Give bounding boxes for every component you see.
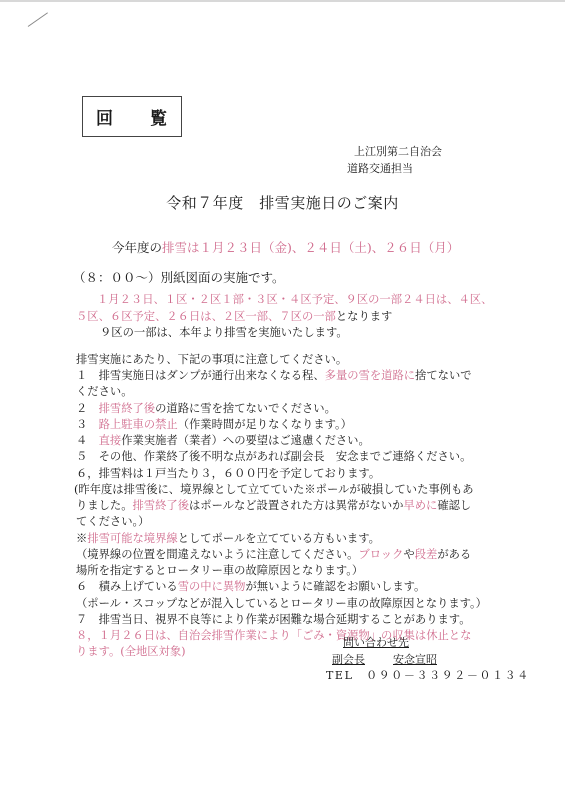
note-item-5: ５ その他、作業終了後不明な点があれば副会長 安念までご連絡ください。 — [76, 448, 471, 464]
note-item-3: ３ 路上駐車の禁止（作業時間が足りなくなります。） — [76, 416, 352, 432]
intro-line-1: 今年度の排雪は１月２３日（金)、２４日（土)、２６日（月） — [112, 238, 459, 256]
schedule-line-1: １月２３日、１区・２区１部・３区・４区予定、９区の一部２４日は、４区、 — [97, 291, 492, 307]
note-item-6b: ６ 積み上げている雪の中に異物が無いように確認をお願いします。 — [76, 578, 425, 594]
num: ３ — [76, 418, 99, 431]
text: がある — [437, 548, 471, 561]
text: 確認し — [437, 499, 471, 512]
contact-name: 安念宣昭 — [393, 653, 437, 666]
schedule-suffix: となります — [336, 310, 393, 323]
text: ※ — [76, 532, 87, 545]
highlight: 早めに — [403, 499, 437, 512]
scan-edge — [0, 0, 565, 2]
note-item-6: ６，排雪料は１戸当たり３，６００円を予定しております。 — [76, 465, 380, 481]
intro-line-2: （８：００～）別紙図面の実施です。 — [73, 268, 285, 286]
schedule-wards: ５区、６区予定、２６日は、２区一部、７区の一部 — [76, 310, 336, 323]
text: ６ 積み上げている — [76, 580, 178, 593]
asterisk-note: ※排雪可能な境界線としてポールを立てている方もいます。 — [76, 530, 380, 546]
text: （作業時間が足りなくなります。） — [178, 418, 352, 431]
highlight: 排雪終了後 — [133, 499, 190, 512]
text: 作業実施者（業者）への要望はご遠慮ください。 — [121, 434, 370, 447]
highlight: 多量の雪を道路に — [325, 369, 415, 382]
contact-person: 副会長安念宣昭 — [332, 651, 437, 667]
stamp-char-2: 覧 — [150, 104, 167, 129]
boundary-note-1: （境界線の位置を間違えないように注意してください。ブロックや段差がある — [76, 546, 471, 562]
highlight: 雪の中に異物 — [178, 580, 246, 593]
pole-note-2: りました。排雪終了後はポールなど設置された方は異常がないか早めに確認し — [76, 497, 471, 513]
intro-prefix: 今年度の — [112, 240, 162, 255]
scan-mark — [28, 12, 48, 27]
highlight: 路上駐車の禁止 — [99, 418, 178, 431]
highlight: 段差 — [415, 548, 438, 561]
page-title: 令和７年度 排雪実施日のご案内 — [0, 192, 565, 213]
contact-phone: TEL ０９０－３３９２－０１３４ — [326, 667, 530, 683]
note-item-1-cont: ください。 — [76, 383, 133, 399]
organization-name: 上江別第二自治会 — [354, 143, 442, 159]
text: 捨てないで — [415, 369, 472, 382]
notes-heading: 排雪実施にあたり、下記の事項に注意してください。 — [76, 351, 347, 367]
contact-label: 問い合わせ先 — [343, 634, 409, 650]
text: が無いように確認をお願いします。 — [245, 580, 425, 593]
note-item-2: ２ 排雪終了後の道路に雪を捨てないでください。 — [76, 400, 336, 416]
highlight: 排雪可能な境界線 — [87, 532, 177, 545]
contact-role: 副会長 — [332, 653, 365, 666]
text: （境界線の位置を間違えないように注意してください。 — [76, 548, 358, 561]
text: １ 排雪実施日はダンプが通行出来なくなる程、 — [76, 369, 325, 382]
num: ４ — [76, 434, 99, 447]
text: としてポールを立てている方もいます。 — [178, 532, 380, 545]
note-item-1: １ 排雪実施日はダンプが通行出来なくなる程、多量の雪を道路に捨てないで — [76, 367, 472, 383]
ward9-note: ９区の一部は、本年より排雪を実施いたします。 — [100, 324, 348, 340]
boundary-note-2: 場所を指定するとロータリー車の故障原因となります。） — [76, 562, 363, 578]
snow-removal-dates: 排雪は１月２３日（金)、２４日（土)、２６日（月） — [162, 240, 459, 255]
stamp-char-1: 回 — [96, 104, 113, 129]
schedule-line-2: ５区、６区予定、２６日は、２区一部、７区の一部となります — [76, 308, 392, 324]
pole-note-3: てください。） — [76, 513, 149, 529]
highlight: ブロック — [358, 548, 403, 561]
text: りました。 — [76, 499, 133, 512]
text: や — [403, 548, 414, 561]
circular-stamp-box: 回 覧 — [82, 96, 182, 137]
note-item-8-cont: ります。(全地区対象) — [76, 643, 186, 659]
department-name: 道路交通担当 — [347, 160, 413, 176]
highlight: 直接 — [99, 434, 122, 447]
note-item-7: ７ 排雪当日、視界不良等により作業が困難な場合延期することがあります。 — [76, 611, 471, 627]
note-item-6b-detail: （ポール・スコップなどが混入しているとロータリー車の故障原因となります。） — [76, 595, 487, 611]
text: の道路に雪を捨てないでください。 — [155, 402, 336, 415]
text: はポールなど設置された方は異常がないか — [189, 499, 403, 512]
note-item-4: ４ 直接作業実施者（業者）への要望はご遠慮ください。 — [76, 432, 370, 448]
num: ２ — [76, 402, 99, 415]
pole-note-1: (昨年度は排雪後に、境界線として立てていた※ポールが破損していた事例もあ — [74, 481, 474, 497]
note-item-8: ８，１月２６日は、自治会排雪作業により「ごみ・資源物」の収集は休止とな — [76, 627, 471, 643]
highlight: 排雪終了後 — [99, 402, 156, 415]
